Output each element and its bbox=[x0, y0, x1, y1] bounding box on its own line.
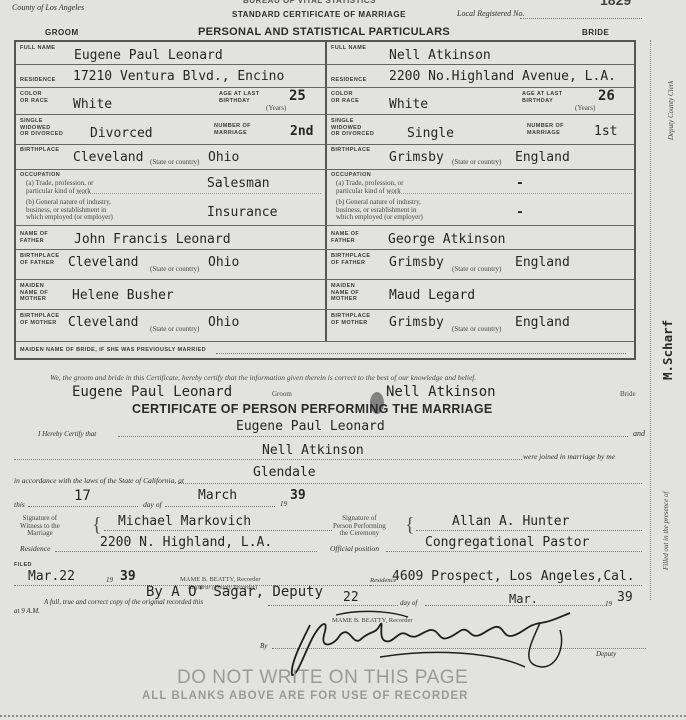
groom-signature-label: Groom bbox=[272, 391, 292, 399]
performer-brace: { bbox=[405, 514, 415, 537]
bride-signature: Nell Atkinson bbox=[386, 384, 496, 400]
and-label: and bbox=[633, 429, 645, 438]
day-of-label: day of bbox=[143, 500, 162, 509]
groom-mother-state-hint: (State or country) bbox=[150, 326, 199, 334]
groom-birthplace-city: Cleveland bbox=[73, 150, 143, 165]
groom-mother-birthplace-label: BIRTHPLACEOF MOTHER bbox=[20, 313, 59, 326]
recorder-use-warning: ALL BLANKS ABOVE ARE FOR USE OF RECORDER bbox=[142, 690, 468, 702]
performer-label: Signature ofPerson Performingthe Ceremon… bbox=[333, 515, 386, 538]
groom-mother-label: MAIDENNAME OFMOTHER bbox=[20, 283, 48, 303]
official-position: Congregational Pastor bbox=[425, 535, 589, 550]
bride-father-state-hint: (State or country) bbox=[452, 266, 501, 274]
filed-date: Mar.22 bbox=[28, 569, 75, 584]
bride-residence-label: RESIDENCE bbox=[331, 77, 367, 84]
particulars-form: FULL NAME Eugene Paul Leonard RESIDENCE … bbox=[14, 40, 636, 360]
bride-father-label: NAME OFFATHER bbox=[331, 231, 359, 244]
copy-month: Mar. bbox=[509, 592, 538, 606]
bride-mother-state-hint: (State or country) bbox=[452, 326, 501, 334]
groom-marital-status: Divorced bbox=[90, 126, 153, 141]
bride-age: 26 bbox=[598, 88, 615, 104]
officiant-party2: Nell Atkinson bbox=[262, 443, 364, 458]
groom-marriage-number-label: NUMBER OFMARRIAGE bbox=[214, 123, 251, 136]
groom-marital-label: SINGLEWIDOWEDOR DIVORCED bbox=[20, 118, 63, 138]
marriage-certificate: County of Los Angeles BUREAU OF VITAL ST… bbox=[0, 0, 686, 720]
bride-occupation-trade: - bbox=[516, 176, 524, 191]
bride-mother-label: MAIDENNAME OFMOTHER bbox=[331, 283, 359, 303]
witness-brace: { bbox=[92, 514, 102, 537]
bride-mother-birthplace-label: BIRTHPLACEOF MOTHER bbox=[331, 313, 370, 326]
groom-residence: 17210 Ventura Blvd., Encino bbox=[73, 69, 284, 84]
bride-full-name: Nell Atkinson bbox=[389, 48, 491, 63]
year-prefix: 19 bbox=[280, 500, 287, 508]
clerk-signature: M.Scharf bbox=[660, 320, 675, 380]
bride-father-birthplace-city: Grimsby bbox=[389, 255, 444, 270]
section-title: PERSONAL AND STATISTICAL PARTICULARS bbox=[198, 26, 450, 38]
bride-occupation-label: OCCUPATION bbox=[331, 172, 371, 179]
bride-birthplace-state: England bbox=[515, 150, 570, 165]
witness-residence-label: Residence bbox=[20, 544, 50, 553]
do-not-write-warning: DO NOT WRITE ON THIS PAGE bbox=[177, 667, 468, 689]
witness-residence: 2200 N. Highland, L.A. bbox=[100, 535, 272, 550]
performer-residence: 4609 Prospect, Los Angeles,Cal. bbox=[392, 569, 635, 584]
marriage-day: 17 bbox=[74, 488, 91, 504]
bride-occupation-industry: - bbox=[516, 205, 524, 220]
groom-father-birthplace-city: Cleveland bbox=[68, 255, 138, 270]
groom-father-name: John Francis Leonard bbox=[74, 232, 231, 247]
groom-occ-b-label: (b) General nature of industry,business,… bbox=[26, 199, 113, 222]
bride-birthplace-state-hint: (State or country) bbox=[452, 159, 501, 167]
maiden-name-bride-line bbox=[216, 353, 626, 354]
bride-full-name-label: FULL NAME bbox=[331, 45, 366, 52]
bride-birthplace-city: Grimsby bbox=[389, 150, 444, 165]
filled-out-presence-label: Filled out in the presence of bbox=[662, 492, 670, 570]
marriage-month: March bbox=[198, 488, 237, 503]
groom-full-name-label: FULL NAME bbox=[20, 45, 55, 52]
bride-signature-label: Bride bbox=[620, 391, 636, 399]
filed-label: FILED bbox=[14, 562, 32, 569]
groom-years-label: (Years) bbox=[266, 105, 286, 113]
bride-father-name: George Atkinson bbox=[388, 232, 505, 247]
recorded-time: at 9 A.M. bbox=[14, 607, 40, 615]
bride-mother-birthplace-state: England bbox=[515, 315, 570, 330]
marriage-place: Glendale bbox=[253, 465, 316, 480]
maiden-name-bride-label: MAIDEN NAME OF BRIDE, IF SHE WAS PREVIOU… bbox=[20, 347, 206, 354]
officiant-party1: Eugene Paul Leonard bbox=[236, 419, 385, 434]
groom-residence-label: RESIDENCE bbox=[20, 77, 56, 84]
county-label: County of Los Angeles bbox=[12, 3, 84, 12]
bride-color: White bbox=[389, 97, 428, 112]
groom-father-birthplace-state: Ohio bbox=[208, 255, 239, 270]
local-registered-line bbox=[520, 18, 642, 19]
groom-father-birthplace-label: BIRTHPLACEOF FATHER bbox=[20, 253, 59, 266]
by-label: By bbox=[260, 642, 267, 650]
groom-color-label: COLOROR RACE bbox=[20, 91, 48, 104]
this-label: this bbox=[14, 500, 25, 509]
bride-marriage-number: 1st bbox=[594, 124, 617, 139]
groom-mother-birthplace-city: Cleveland bbox=[68, 315, 138, 330]
groom-father-state-hint: (State or country) bbox=[150, 266, 199, 274]
witness-name: Michael Markovich bbox=[118, 514, 251, 529]
groom-occupation-trade: Salesman bbox=[207, 176, 270, 191]
bride-father-birthplace-state: England bbox=[515, 255, 570, 270]
groom-signature: Eugene Paul Leonard bbox=[72, 384, 232, 400]
bride-mother-birthplace-city: Grimsby bbox=[389, 315, 444, 330]
groom-birthplace-label: BIRTHPLACE bbox=[20, 147, 59, 154]
officiant-certificate-title: CERTIFICATE OF PERSON PERFORMING THE MAR… bbox=[132, 402, 493, 416]
bride-birthplace-label: BIRTHPLACE bbox=[331, 147, 370, 154]
witness-label: Signature ofWitness to theMarriage bbox=[20, 515, 60, 538]
record-number-partial: 1829 bbox=[600, 0, 631, 8]
bride-age-label: AGE AT LASTBIRTHDAY bbox=[522, 91, 562, 104]
bureau-header-partial: BUREAU OF VITAL STATISTICS bbox=[243, 0, 376, 5]
bride-header: BRIDE bbox=[582, 28, 609, 37]
bride-marriage-number-label: NUMBER OFMARRIAGE bbox=[527, 123, 564, 136]
certification-statement: We, the groom and bride in this Certific… bbox=[50, 373, 476, 382]
bride-mother-name: Maud Legard bbox=[389, 288, 475, 303]
marriage-year: 39 bbox=[290, 488, 306, 503]
filed-year-prefix: 19 bbox=[106, 576, 113, 584]
copy-year: 39 bbox=[617, 590, 633, 605]
laws-text: in accordance with the laws of the State… bbox=[14, 476, 184, 485]
official-position-label: Official position bbox=[330, 544, 379, 553]
right-margin-line bbox=[650, 40, 651, 600]
groom-birthplace-state: Ohio bbox=[208, 150, 239, 165]
groom-birthplace-state-hint: (State or country) bbox=[150, 159, 199, 167]
joined-in-marriage-text: were joined in marriage by me bbox=[523, 452, 615, 461]
recorder-name: MAME B. BEATTY, Recorder bbox=[180, 576, 261, 583]
bride-years-label: (Years) bbox=[575, 105, 595, 113]
groom-mother-birthplace-state: Ohio bbox=[208, 315, 239, 330]
hereby-certify-label: I Hereby Certify that bbox=[38, 430, 96, 438]
bride-residence: 2200 No.Highland Avenue, L.A. bbox=[389, 69, 616, 84]
groom-father-label: NAME OFFATHER bbox=[20, 231, 48, 244]
bride-occ-a-label: (a) Trade, profession, orparticular kind… bbox=[336, 180, 403, 195]
certificate-title: STANDARD CERTIFICATE OF MARRIAGE bbox=[232, 10, 406, 19]
local-registered-label: Local Registered No. bbox=[457, 9, 524, 18]
groom-occ-a-label: (a) Trade, profession, orparticular kind… bbox=[26, 180, 93, 195]
deputy-county-clerk-label: Deputy County Clerk bbox=[667, 81, 675, 141]
bride-color-label: COLOROR RACE bbox=[331, 91, 359, 104]
performer-name: Allan A. Hunter bbox=[452, 514, 569, 529]
bride-father-birthplace-label: BIRTHPLACEOF FATHER bbox=[331, 253, 370, 266]
groom-age-label: AGE AT LASTBIRTHDAY bbox=[219, 91, 259, 104]
groom-header: GROOM bbox=[45, 28, 79, 37]
groom-full-name: Eugene Paul Leonard bbox=[74, 48, 223, 63]
copy-day: 22 bbox=[343, 590, 359, 605]
groom-color: White bbox=[73, 97, 112, 112]
groom-marriage-number: 2nd bbox=[290, 124, 313, 139]
groom-age: 25 bbox=[289, 88, 306, 104]
groom-occupation-industry: Insurance bbox=[207, 205, 277, 220]
groom-mother-name: Helene Busher bbox=[72, 288, 174, 303]
filed-year: 39 bbox=[120, 569, 136, 584]
bride-marital-label: SINGLEWIDOWEDOR DIVORCED bbox=[331, 118, 374, 138]
groom-occupation-label: OCCUPATION bbox=[20, 172, 60, 179]
copy-text: A full, true and correct copy of the ori… bbox=[44, 598, 203, 606]
bride-occ-b-label: (b) General nature of industry,business,… bbox=[336, 199, 423, 222]
bride-marital-status: Single bbox=[407, 126, 454, 141]
